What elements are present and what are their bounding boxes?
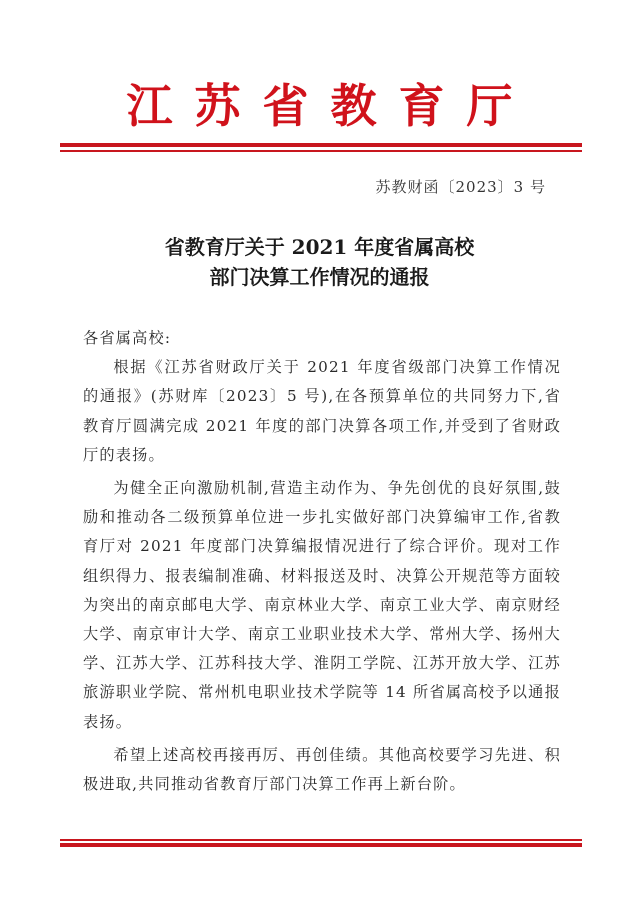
paragraph-2: 为健全正向激励机制,营造主动作为、争先创优的良好氛围,鼓励和推动各二级预算单位进…	[83, 474, 561, 737]
masthead-title: 江苏省教育厅	[0, 78, 639, 134]
salutation: 各省属高校:	[83, 324, 561, 353]
header-rule-thin	[60, 150, 582, 152]
paragraph-3: 希望上述高校再接再厉、再创佳绩。其他高校要学习先进、积极进取,共同推动省教育厅部…	[83, 741, 561, 799]
title-line-1: 省教育厅关于 2021 年度省属高校	[0, 232, 639, 262]
document-number: 苏教财函〔2023〕3 号	[376, 176, 547, 197]
document-title: 省教育厅关于 2021 年度省属高校 部门决算工作情况的通报	[0, 232, 639, 292]
document-body: 各省属高校: 根据《江苏省财政厅关于 2021 年度省级部门决算工作情况的通报》…	[83, 324, 561, 799]
title-line-2: 部门决算工作情况的通报	[0, 262, 639, 292]
footer-rule-thick	[60, 843, 582, 847]
paragraph-1: 根据《江苏省财政厅关于 2021 年度省级部门决算工作情况的通报》(苏财库〔20…	[83, 353, 561, 470]
footer-rule-thin	[60, 839, 582, 841]
header-rule-thick	[60, 143, 582, 147]
